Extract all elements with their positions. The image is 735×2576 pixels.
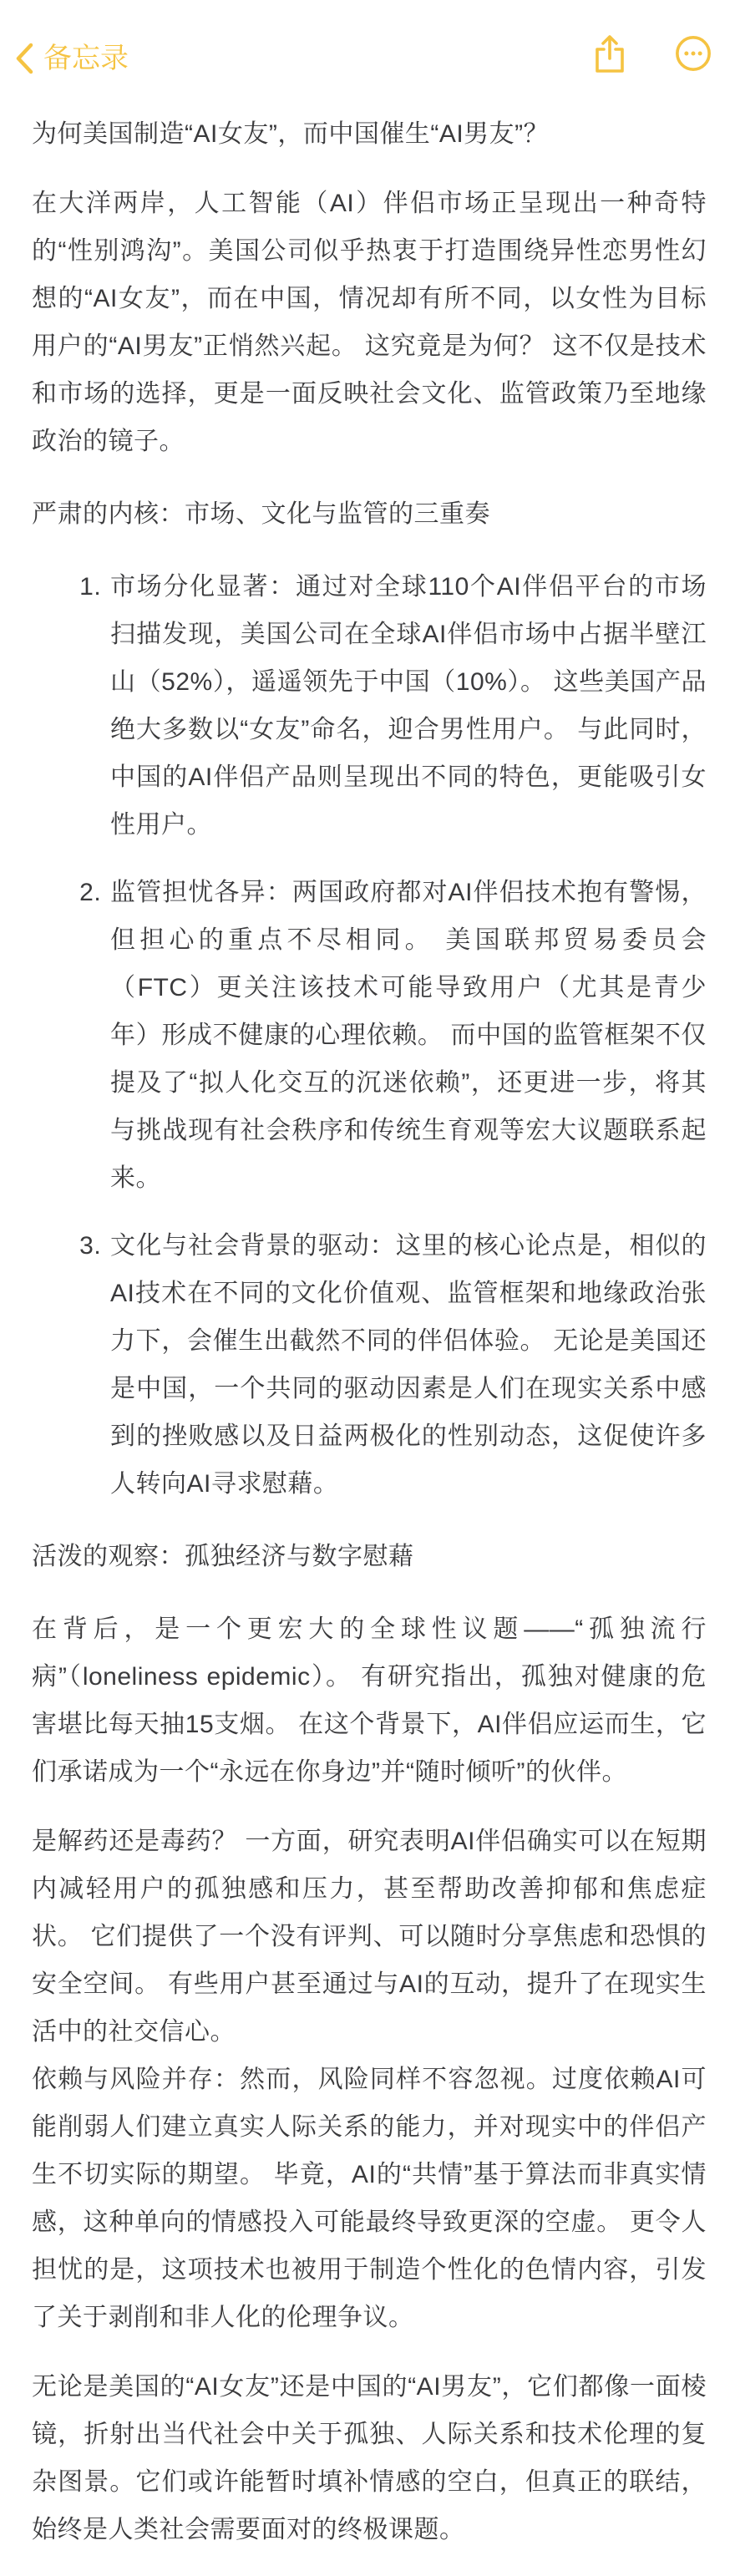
more-button[interactable]	[675, 33, 712, 74]
nav-actions	[591, 33, 712, 75]
note-paragraph-risk: 依赖与风险并存：然而，风险同样不容忽视。过度依赖AI可能削弱人们建立真实人际关系…	[32, 2056, 707, 2341]
note-paragraph-conclusion: 无论是美国的“AI女友”还是中国的“AI男友”，它们都像一面棱镜，折射出当代社会…	[32, 2363, 707, 2553]
note-paragraph-intro: 在大洋两岸，人工智能（AI）伴侣市场正呈现出一种奇特的“性别鸿沟”。美国公司似乎…	[32, 180, 707, 465]
share-icon	[593, 33, 626, 74]
numbered-list: 市场分化显著：通过对全球110个AI伴侣平台的市场扫描发现，美国公司在全球AI伴…	[32, 563, 707, 1508]
nav-bar: 备忘录	[0, 0, 735, 84]
share-button[interactable]	[591, 33, 628, 74]
list-item-regulation: 监管担忧各异：两国政府都对AI伴侣技术抱有警惕，但担心的重点不尽相同。 美国联邦…	[109, 869, 707, 1202]
back-label: 备忘录	[43, 42, 129, 75]
list-item-market: 市场分化显著：通过对全球110个AI伴侣平台的市场扫描发现，美国公司在全球AI伴…	[109, 563, 707, 849]
list-item-culture: 文化与社会背景的驱动：这里的核心论点是，相似的AI技术在不同的文化价值观、监管框…	[109, 1222, 707, 1508]
note-paragraph-loneliness: 在背后，是一个更宏大的全球性议题——“孤独流行病”（loneliness epi…	[32, 1605, 707, 1796]
note-title: 为何美国制造“AI女友”，而中国催生“AI男友”？	[32, 110, 707, 158]
back-button[interactable]: 备忘录	[13, 42, 129, 75]
note-body[interactable]: 为何美国制造“AI女友”，而中国催生“AI男友”？ 在大洋两岸，人工智能（AI）…	[0, 84, 735, 2553]
section-heading-lonely-economy: 活泼的观察：孤独经济与数字慰藉	[32, 1533, 707, 1580]
section-heading-serious-core: 严肃的内核：市场、文化与监管的三重奏	[32, 490, 707, 538]
note-paragraph-cure-or-poison: 是解药还是毒药？ 一方面，研究表明AI伴侣确实可以在短期内减轻用户的孤独感和压力…	[32, 1818, 707, 2056]
more-circle-icon	[675, 34, 712, 73]
chevron-left-icon	[13, 42, 35, 75]
